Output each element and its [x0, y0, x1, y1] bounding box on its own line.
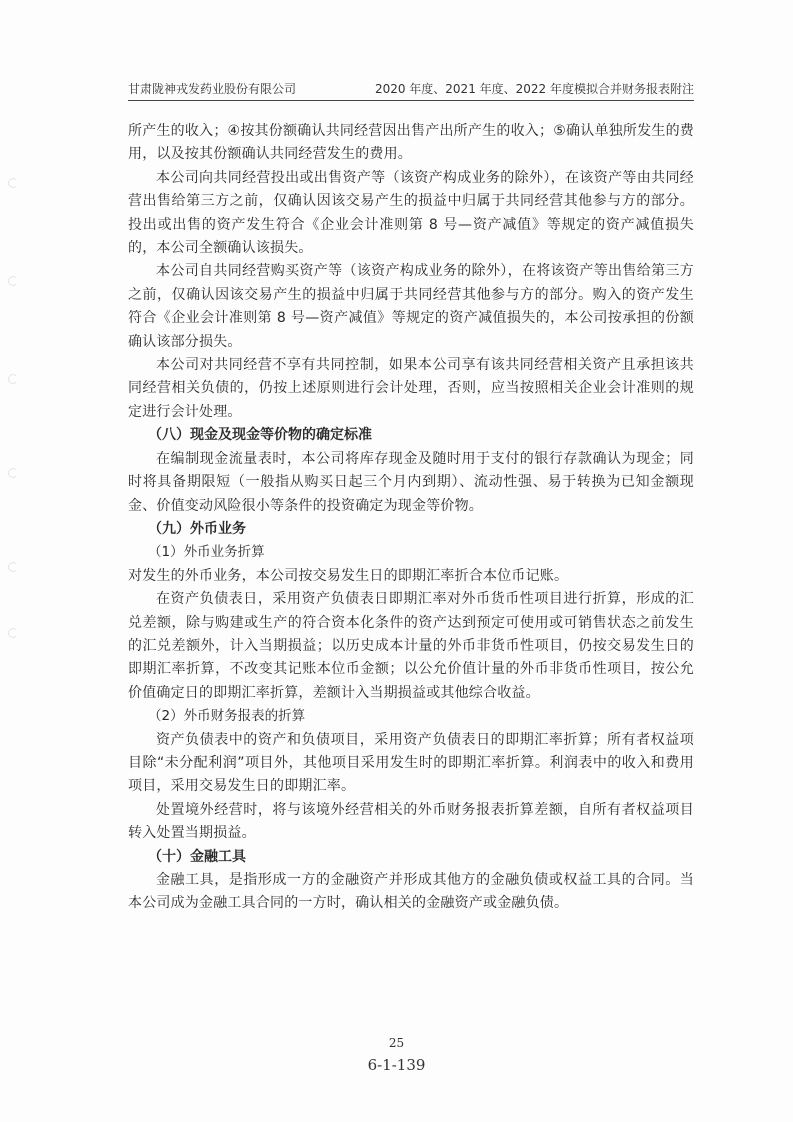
- binding-hole-mark: [8, 276, 18, 286]
- page-body: 所产生的收入；④按其份额确认共同经营因出售产出所产生的收入；⑤确认单独所发生的费…: [128, 120, 694, 916]
- paragraph: 资产负债表中的资产和负债项目，采用资产负债表日的即期汇率折算；所有者权益项目除“…: [128, 729, 694, 799]
- paragraph: 所产生的收入；④按其份额确认共同经营因出售产出所产生的收入；⑤确认单独所发生的费…: [128, 120, 694, 167]
- paragraph: 对发生的外币业务，本公司按交易发生日的即期汇率折合本位币记账。: [128, 565, 694, 588]
- paragraph: 处置境外经营时，将与该境外经营相关的外币财务报表折算差额，自所有者权益项目转入处…: [128, 799, 694, 846]
- paragraph: 金融工具，是指形成一方的金融资产并形成其他方的金融负债或权益工具的合同。当本公司…: [128, 869, 694, 916]
- page-number: 25: [0, 1036, 793, 1050]
- paragraph: 本公司向共同经营投出或出售资产等（该资产构成业务的除外），在该资产等由共同经营出…: [128, 167, 694, 261]
- section-heading-foreign-currency: （九）外币业务: [128, 518, 694, 541]
- paragraph: 在资产负债表日，采用资产负债表日即期汇率对外币货币性项目进行折算，形成的汇兑差额…: [128, 588, 694, 705]
- page-header: 甘肃陇神戎发药业股份有限公司 2020 年度、2021 年度、2022 年度模拟…: [128, 78, 694, 101]
- subsection-heading: （2）外币财务报表的折算: [128, 705, 694, 728]
- binding-hole-mark: [8, 374, 18, 384]
- binding-hole-mark: [8, 178, 18, 188]
- paragraph: 本公司自共同经营购买资产等（该资产构成业务的除外），在将该资产等出售给第三方之前…: [128, 260, 694, 354]
- document-page: 甘肃陇神戎发药业股份有限公司 2020 年度、2021 年度、2022 年度模拟…: [0, 0, 793, 1122]
- document-reference: 6-1-139: [0, 1056, 793, 1074]
- report-title: 2020 年度、2021 年度、2022 年度模拟合并财务报表附注: [375, 80, 694, 97]
- paragraph: 在编制现金流量表时，本公司将库存现金及随时用于支付的银行存款确认为现金；同时将具…: [128, 448, 694, 518]
- subsection-heading: （1）外币业务折算: [128, 541, 694, 564]
- paragraph: 本公司对共同经营不享有共同控制，如果本公司享有该共同经营相关资产且承担该共同经营…: [128, 354, 694, 424]
- binding-hole-mark: [8, 628, 18, 638]
- company-name: 甘肃陇神戎发药业股份有限公司: [128, 80, 296, 97]
- section-heading-cash-equivalents: （八）现金及现金等价物的确定标准: [128, 424, 694, 447]
- binding-hole-mark: [8, 468, 18, 478]
- section-heading-financial-instruments: （十）金融工具: [128, 846, 694, 869]
- binding-hole-mark: [8, 562, 18, 572]
